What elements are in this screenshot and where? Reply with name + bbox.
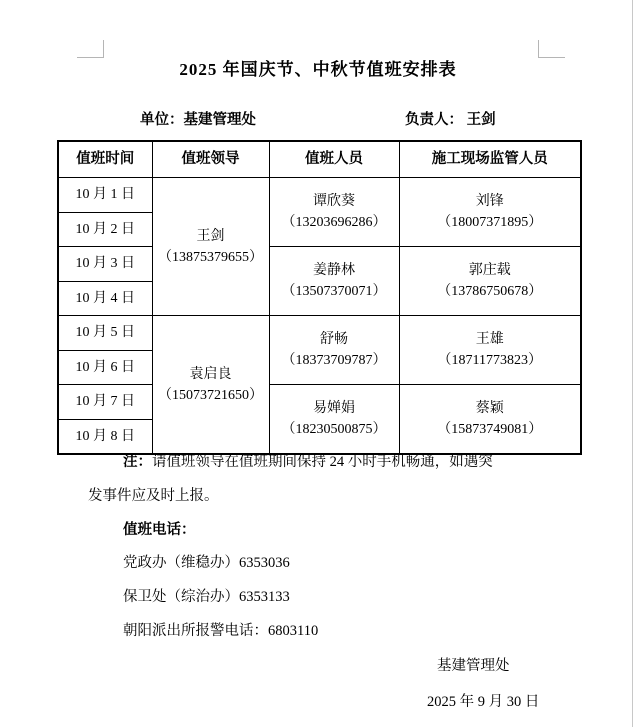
staff-name: 谭欣葵 [270,191,399,212]
supervisor-cell: 王雄 （18711773823） [399,316,581,385]
staff-name: 易婵娟 [270,398,399,419]
duty-schedule-table: 值班时间 值班领导 值班人员 施工现场监管人员 10 月 1 日 王剑 （138… [57,140,582,455]
unit-label: 单位：基建管理处 [140,108,256,129]
table-row: 10 月 3 日 姜静林 （13507370071） 郭庄载 （13786750… [58,247,581,282]
duty-date-cell: 10 月 4 日 [58,281,152,316]
duty-phone-police-station: 朝阳派出所报警电话：6803110 [123,619,318,640]
header-duty-staff: 值班人员 [269,141,399,178]
duty-leader-cell: 袁启良 （15073721650） [152,316,269,455]
note-line-1: 注：请值班领导在值班期间保持 24 小时手机畅通，如遇突 [123,450,493,471]
leader-phone: （15073721650） [153,385,269,406]
supervisor-phone: （18711773823） [400,350,581,371]
note-text: 请值班领导在值班期间保持 24 小时手机畅通，如遇突 [152,454,493,470]
leader-phone: （13875379655） [153,247,269,268]
supervisor-cell: 刘锋 （18007371895） [399,178,581,247]
table-header-row: 值班时间 值班领导 值班人员 施工现场监管人员 [58,141,581,178]
duty-staff-cell: 姜静林 （13507370071） [269,247,399,316]
note-label: 注： [123,454,152,470]
supervisor-name: 王雄 [400,329,581,350]
manager-label: 负责人： 王剑 [405,108,496,129]
duty-date-cell: 10 月 5 日 [58,316,152,351]
supervisor-name: 刘锋 [400,191,581,212]
table-row: 10 月 7 日 易婵娟 （18230500875） 蔡颖 （158737490… [58,385,581,420]
duty-phone-heading: 值班电话： [123,518,196,539]
header-duty-leader: 值班领导 [152,141,269,178]
duty-date-cell: 10 月 6 日 [58,350,152,385]
header-site-supervisor: 施工现场监管人员 [399,141,581,178]
duty-date-cell: 10 月 7 日 [58,385,152,420]
footer-date: 2025 年 9 月 30 日 [427,690,539,711]
duty-date-cell: 10 月 3 日 [58,247,152,282]
duty-staff-cell: 易婵娟 （18230500875） [269,385,399,455]
duty-staff-cell: 谭欣葵 （13203696286） [269,178,399,247]
supervisor-phone: （13786750678） [400,281,581,302]
table-row: 10 月 5 日 袁启良 （15073721650） 舒畅 （183737097… [58,316,581,351]
supervisor-phone: （15873749081） [400,419,581,440]
supervisor-name: 郭庄载 [400,260,581,281]
staff-phone: （13507370071） [270,281,399,302]
supervisor-cell: 郭庄载 （13786750678） [399,247,581,316]
duty-phone-party-office: 党政办（维稳办）6353036 [123,551,290,572]
header-duty-time: 值班时间 [58,141,152,178]
supervisor-cell: 蔡颖 （15873749081） [399,385,581,455]
staff-phone: （13203696286） [270,212,399,233]
document-page: 2025 年国庆节、中秋节值班安排表 单位：基建管理处 负责人： 王剑 值班时间… [0,0,636,727]
duty-date-cell: 10 月 8 日 [58,419,152,454]
duty-date-cell: 10 月 2 日 [58,212,152,247]
table-row: 10 月 1 日 王剑 （13875379655） 谭欣葵 （132036962… [58,178,581,213]
duty-date-cell: 10 月 1 日 [58,178,152,213]
leader-name: 王剑 [153,226,269,247]
note-line-2: 发事件应及时上报。 [88,484,219,505]
duty-leader-cell: 王剑 （13875379655） [152,178,269,316]
staff-phone: （18373709787） [270,350,399,371]
duty-staff-cell: 舒畅 （18373709787） [269,316,399,385]
staff-name: 舒畅 [270,329,399,350]
staff-name: 姜静林 [270,260,399,281]
supervisor-name: 蔡颖 [400,398,581,419]
duty-phone-security-office: 保卫处（综治办）6353133 [123,585,290,606]
staff-phone: （18230500875） [270,419,399,440]
page-edge-line [632,0,633,727]
page-title: 2025 年国庆节、中秋节值班安排表 [0,55,636,80]
leader-name: 袁启良 [153,364,269,385]
supervisor-phone: （18007371895） [400,212,581,233]
footer-department: 基建管理处 [437,654,510,675]
